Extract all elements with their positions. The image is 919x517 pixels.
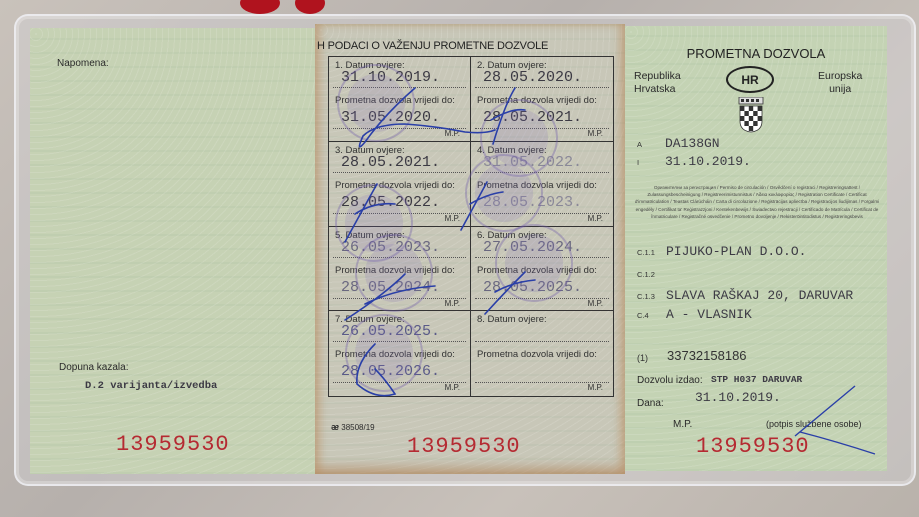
- valid-until-date: 28.05.2026.: [341, 363, 440, 380]
- validity-cell-3: 3. Datum ovjere: 28.05.2021. Prometna do…: [329, 142, 471, 227]
- field-code-1: (1): [637, 353, 648, 363]
- valid-until-label: Prometna dozvola vrijedi do:: [335, 349, 455, 360]
- field-code-c4: C.4: [637, 311, 649, 320]
- issue-date: 31.10.2019.: [695, 390, 781, 405]
- field-code-a: A: [637, 140, 642, 149]
- country-code-oval: HR: [726, 66, 774, 93]
- supplement-value: D.2 varijanta/izvedba: [85, 380, 217, 392]
- verification-date: 31.05.2022.: [483, 154, 582, 171]
- registration-plate: DA138GN: [665, 136, 720, 151]
- signature-label: (potpis službene osobe): [766, 419, 862, 429]
- mp-label: M.P.: [588, 214, 603, 223]
- valid-until-label: Prometna dozvola vrijedi do:: [477, 180, 597, 191]
- document-title: PROMETNA DOZVOLA: [625, 46, 887, 61]
- verification-date: 27.05.2024.: [483, 239, 582, 256]
- validity-cell-8: 8. Datum ovjere: Prometna dozvola vrijed…: [471, 311, 613, 396]
- printer-mark: ᴂ 38508/19: [331, 422, 375, 432]
- field-code-c13: C.1.3: [637, 292, 655, 301]
- verification-date: 31.10.2019.: [341, 69, 440, 86]
- serial-number: 13959530: [116, 432, 230, 457]
- registration-date: 31.10.2019.: [665, 154, 751, 169]
- valid-until-date: 28.05.2025.: [483, 279, 582, 296]
- verification-date: 28.05.2021.: [341, 154, 440, 171]
- valid-until-label: Prometna dozvola vrijedi do:: [335, 95, 455, 106]
- validity-cell-7: 7. Datum ovjere: 26.05.2025. Prometna do…: [329, 311, 471, 396]
- supplement-label: Dopuna kazala:: [59, 362, 129, 373]
- notes-label: Napomena:: [57, 58, 109, 69]
- serial-number: 13959530: [696, 434, 810, 459]
- mp-label: M.P.: [588, 383, 603, 392]
- validity-cell-5: 5. Datum ovjere: 26.05.2023. Prometna do…: [329, 227, 471, 312]
- validity-cell-1: 1. Datum ovjere: 31.10.2019. Prometna do…: [329, 57, 471, 142]
- mp-label: M.P.: [445, 129, 460, 138]
- verification-date: 26.05.2025.: [341, 323, 440, 340]
- left-page: Napomena: Dopuna kazala: D.2 varijanta/i…: [30, 28, 315, 474]
- field-code-c11: C.1.1: [637, 248, 655, 257]
- valid-until-date: 31.05.2020.: [341, 109, 440, 126]
- tablecloth-flower: [295, 0, 325, 14]
- validity-cell-4: 4. Datum ovjere: 31.05.2022. Prometna do…: [471, 142, 613, 227]
- mp-label: M.P.: [588, 299, 603, 308]
- right-page: PROMETNA DOZVOLA Republika Hrvatska HR E…: [625, 26, 887, 471]
- valid-until-date: 28.05.2021.: [483, 109, 582, 126]
- valid-until-label: Prometna dozvola vrijedi do:: [335, 265, 455, 276]
- issued-by-value: STP H037 DARUVAR: [711, 374, 802, 385]
- issued-by-label: Dozvolu izdao:: [637, 375, 703, 386]
- validity-cell-2: 2. Datum ovjere: 28.05.2020. Prometna do…: [471, 57, 613, 142]
- field-code-i: I: [637, 158, 639, 167]
- identification-number: 33732158186: [667, 348, 747, 363]
- ownership-status: A - VLASNIK: [666, 307, 752, 322]
- croatian-coat-of-arms-icon: [738, 97, 764, 133]
- valid-until-date: 28.05.2023.: [483, 194, 582, 211]
- issue-date-label: Dana:: [637, 398, 664, 409]
- tablecloth-flower: [240, 0, 280, 14]
- owner-name: PIJUKO-PLAN D.O.O.: [666, 244, 806, 259]
- field-code-c12: C.1.2: [637, 270, 655, 279]
- valid-until-label: Prometna dozvola vrijedi do:: [477, 265, 597, 276]
- valid-until-label: Prometna dozvola vrijedi do:: [477, 349, 597, 360]
- valid-until-date: 28.05.2024.: [341, 279, 440, 296]
- valid-until-label: Prometna dozvola vrijedi do:: [477, 95, 597, 106]
- verification-date: 26.05.2023.: [341, 239, 440, 256]
- middle-page: H PODACI O VAŽENJU PROMETNE DOZVOLE 1. D…: [315, 24, 625, 474]
- valid-until-date: 28.05.2022.: [341, 194, 440, 211]
- cell-header: 8. Datum ovjere:: [477, 314, 547, 325]
- owner-address: SLAVA RAŠKAJ 20, DARUVAR: [666, 288, 853, 303]
- validity-section-title: H PODACI O VAŽENJU PROMETNE DOZVOLE: [317, 40, 548, 52]
- mp-label: M.P.: [445, 299, 460, 308]
- mp-label: M.P.: [445, 214, 460, 223]
- serial-number: 13959530: [407, 434, 521, 459]
- multilingual-certificate-text: Оризнителни за регистрация / Permiso de …: [633, 184, 881, 220]
- eu-label: Europska unija: [818, 70, 862, 96]
- validity-cell-6: 6. Datum ovjere: 27.05.2024. Prometna do…: [471, 227, 613, 312]
- validity-grid: 1. Datum ovjere: 31.10.2019. Prometna do…: [328, 56, 614, 397]
- valid-until-label: Prometna dozvola vrijedi do:: [335, 180, 455, 191]
- verification-date: 28.05.2020.: [483, 69, 582, 86]
- mp-label: M.P.: [673, 419, 692, 430]
- republic-label: Republika Hrvatska: [634, 70, 681, 96]
- mp-label: M.P.: [445, 383, 460, 392]
- mp-label: M.P.: [588, 129, 603, 138]
